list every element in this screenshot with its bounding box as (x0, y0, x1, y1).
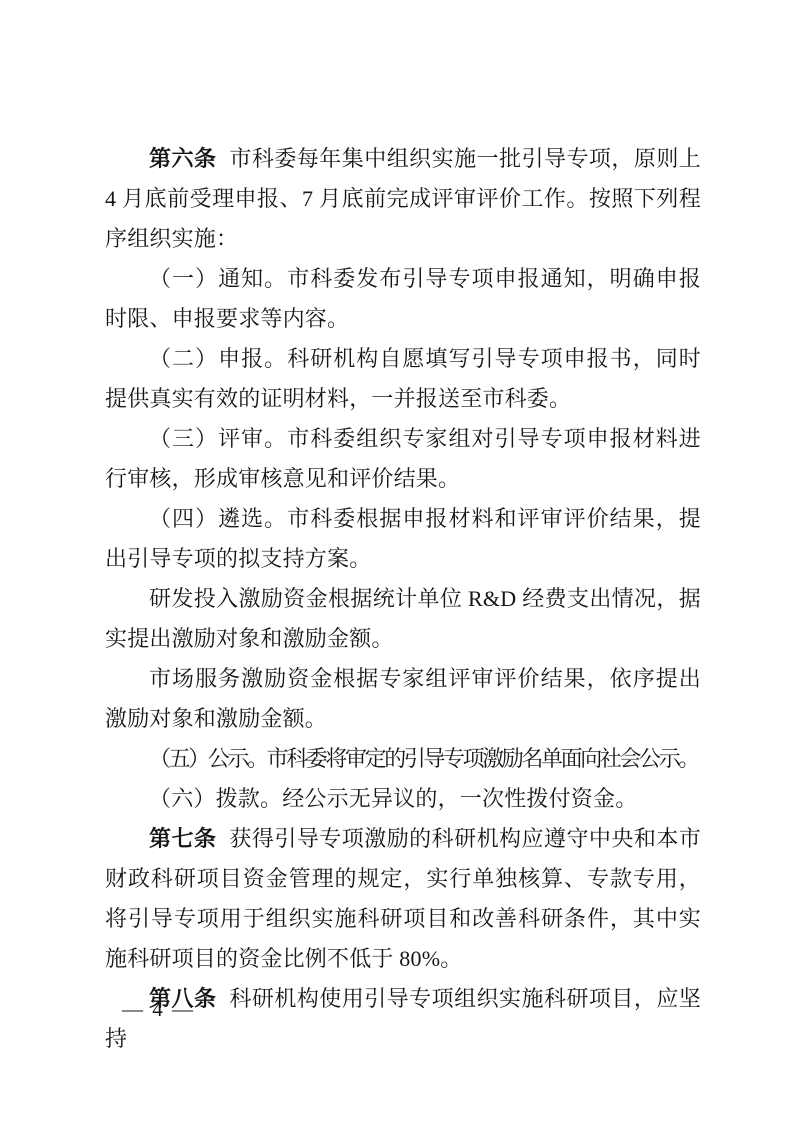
article-7-label: 第七条 (149, 826, 216, 851)
item-4-selection-paragraph: （四）遴选。市科委根据申报材料和评审评价结果，提出引导专项的拟支持方案。 (105, 499, 701, 579)
item-5-publicity-paragraph: （五）公示。市科委将审定的引导专项激励名单面向社会公示。 (105, 739, 701, 779)
article-6-paragraph: 第六条市科委每年集中组织实施一批引导专项，原则上 4 月底前受理申报、7 月底前… (105, 139, 701, 259)
item-4-text: （四）遴选。市科委根据申报材料和评审评价结果，提出引导专项的拟支持方案。 (105, 506, 701, 571)
market-service-incentive-paragraph: 市场服务激励资金根据专家组评审评价结果，依序提出激励对象和激励金额。 (105, 659, 701, 739)
document-page: 第六条市科委每年集中组织实施一批引导专项，原则上 4 月底前受理申报、7 月底前… (0, 0, 793, 1122)
document-body: 第六条市科委每年集中组织实施一批引导专项，原则上 4 月底前受理申报、7 月底前… (105, 139, 701, 1059)
item-3-review-paragraph: （三）评审。市科委组织专家组对引导专项申报材料进行审核，形成审核意见和评价结果。 (105, 419, 701, 499)
rd-incentive-paragraph: 研发投入激励资金根据统计单位 R&D 经费支出情况，据实提出激励对象和激励金额。 (105, 579, 701, 659)
rd-incentive-text: 研发投入激励资金根据统计单位 R&D 经费支出情况，据实提出激励对象和激励金额。 (105, 586, 701, 651)
item-2-text: （二）申报。科研机构自愿填写引导专项申报书，同时提供真实有效的证明材料，一并报送… (105, 346, 701, 411)
item-2-application-paragraph: （二）申报。科研机构自愿填写引导专项申报书，同时提供真实有效的证明材料，一并报送… (105, 339, 701, 419)
page-number: — 4 — (122, 997, 195, 1022)
item-6-funding-paragraph: （六）拨款。经公示无异议的，一次性拨付资金。 (105, 779, 701, 819)
market-service-text: 市场服务激励资金根据专家组评审评价结果，依序提出激励对象和激励金额。 (105, 666, 701, 731)
item-6-text: （六）拨款。经公示无异议的，一次性拨付资金。 (149, 786, 637, 811)
item-5-text: （五）公示。市科委将审定的引导专项激励名单面向社会公示。 (149, 746, 698, 771)
item-1-notice-paragraph: （一）通知。市科委发布引导专项申报通知，明确申报时限、申报要求等内容。 (105, 259, 701, 339)
item-1-text: （一）通知。市科委发布引导专项申报通知，明确申报时限、申报要求等内容。 (105, 266, 701, 331)
item-3-text: （三）评审。市科委组织专家组对引导专项申报材料进行审核，形成审核意见和评价结果。 (105, 426, 701, 491)
article-7-paragraph: 第七条获得引导专项激励的科研机构应遵守中央和本市财政科研项目资金管理的规定，实行… (105, 819, 701, 979)
article-6-label: 第六条 (149, 146, 216, 171)
